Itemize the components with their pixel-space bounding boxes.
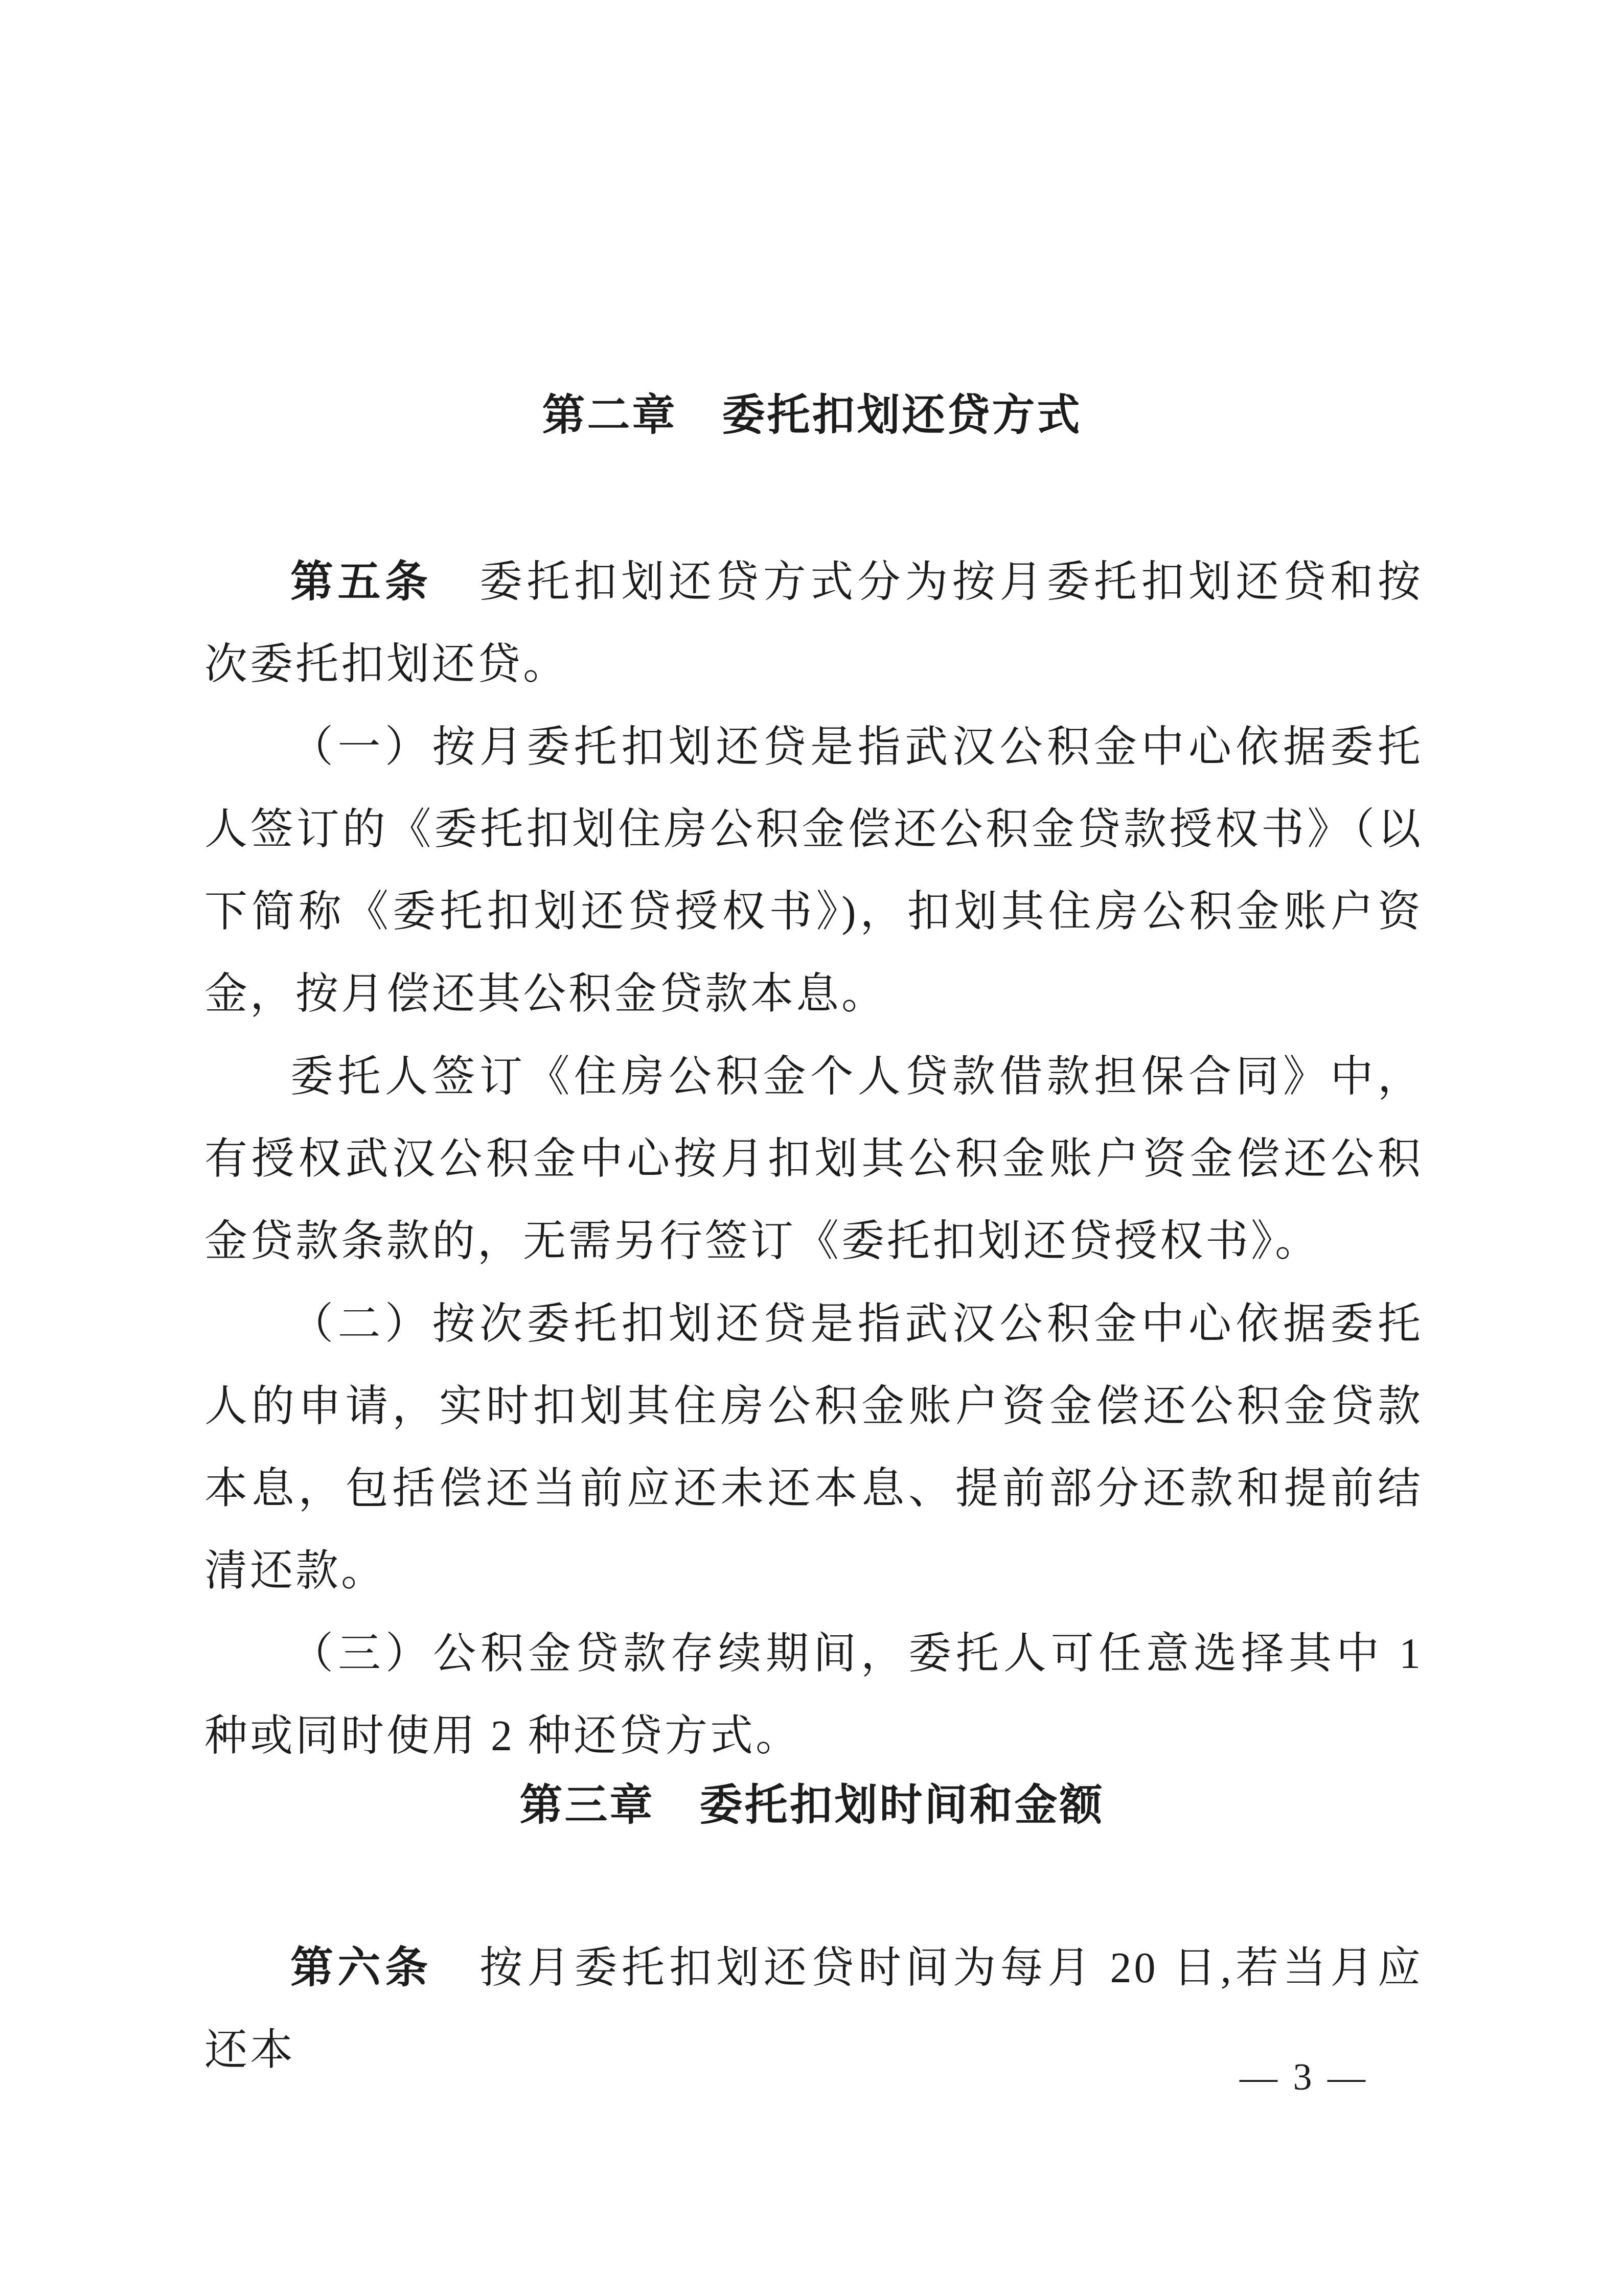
paragraph-text: （三）公积金贷款存续期间，委托人可任意选择其中 1 种或同时使用 2 种还贷方式…	[204, 1630, 1423, 1760]
paragraph-item1: （一）按月委托扣划还贷是指武汉公积金中心依据委托人签订的《委托扣划住房公积金偿还…	[204, 706, 1423, 1035]
paragraph-text: 委托人签订《住房公积金个人贷款借款担保合同》中，有授权武汉公积金中心按月扣划其公…	[204, 1053, 1423, 1265]
chapter2-body: 第五条 委托扣划还贷方式分为按月委托扣划还贷和按次委托扣划还贷。 （一）按月委托…	[204, 541, 1423, 1777]
paragraph-item3: （三）公积金贷款存续期间，委托人可任意选择其中 1 种或同时使用 2 种还贷方式…	[204, 1612, 1423, 1777]
article5-number: 第五条	[290, 558, 432, 606]
paragraph-item2: （二）按次委托扣划还贷是指武汉公积金中心依据委托人的申请，实时扣划其住房公积金账…	[204, 1283, 1423, 1612]
document-page: 第二章 委托扣划还贷方式 第五条 委托扣划还贷方式分为按月委托扣划还贷和按次委托…	[0, 0, 1624, 2296]
article6-number: 第六条	[290, 1943, 432, 1991]
page-number: — 3 —	[1240, 2054, 1368, 2100]
paragraph-article5: 第五条 委托扣划还贷方式分为按月委托扣划还贷和按次委托扣划还贷。	[204, 541, 1423, 706]
paragraph-text: （一）按月委托扣划还贷是指武汉公积金中心依据委托人签订的《委托扣划住房公积金偿还…	[204, 724, 1423, 1018]
chapter2-heading: 第二章 委托扣划还贷方式	[0, 374, 1624, 456]
chapter3-heading: 第三章 委托扣划时间和金额	[0, 1764, 1624, 1846]
paragraph-text: （二）按次委托扣划还贷是指武汉公积金中心依据委托人的申请，实时扣划其住房公积金账…	[204, 1301, 1423, 1595]
paragraph-contract-note: 委托人签订《住房公积金个人贷款借款担保合同》中，有授权武汉公积金中心按月扣划其公…	[204, 1035, 1423, 1283]
